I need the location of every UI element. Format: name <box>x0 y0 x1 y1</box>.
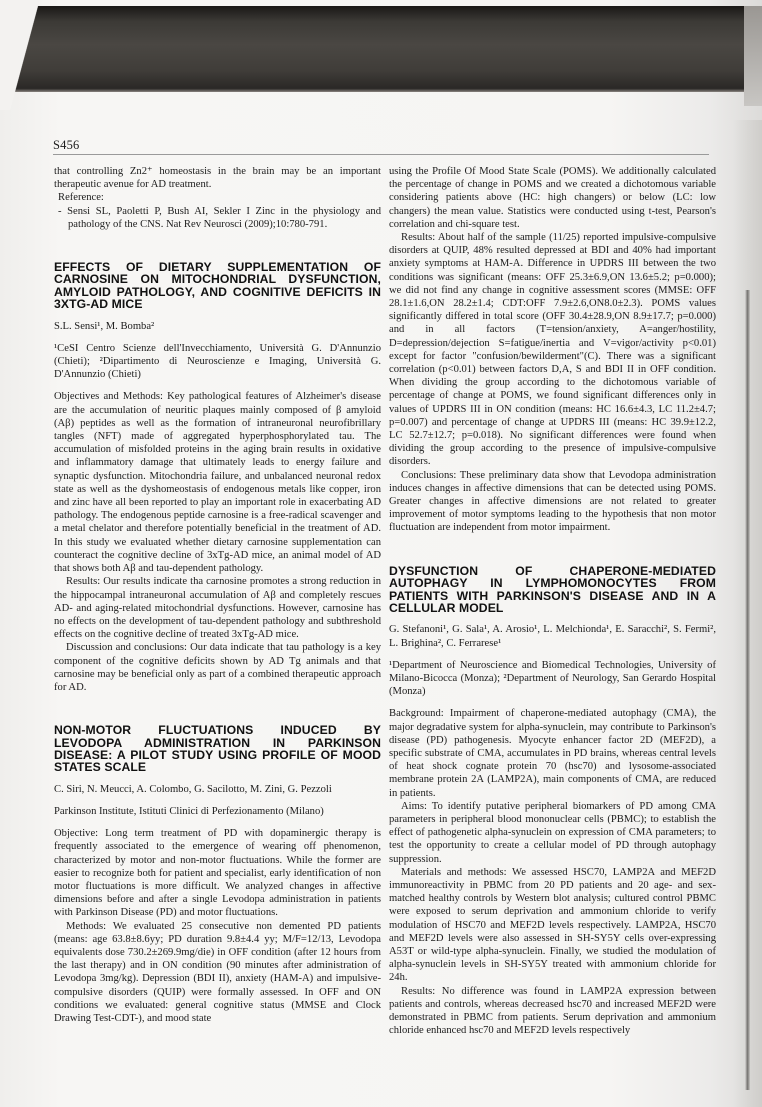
section-gap <box>54 694 381 724</box>
abstract-authors: C. Siri, N. Meucci, A. Colombo, G. Sacil… <box>54 783 381 796</box>
abstract-non-motor-fluctuations-continued: using the Profile Of Mood State Scale (P… <box>389 165 716 535</box>
reference-item: - Sensi SL, Paoletti P, Bush AI, Sekler … <box>54 205 381 231</box>
abstract-methods: Methods: We evaluated 25 consecutive non… <box>54 920 381 1026</box>
abstract-objectives: Objectives and Methods: Key pathological… <box>54 390 381 575</box>
abstract-discussion: Discussion and conclusions: Our data ind… <box>54 641 381 694</box>
abstract-title: NON-MOTOR FLUCTUATIONS INDUCED BY LEVODO… <box>54 724 381 774</box>
header-rule <box>53 154 709 155</box>
abstract-non-motor-fluctuations: NON-MOTOR FLUCTUATIONS INDUCED BY LEVODO… <box>54 724 381 1025</box>
section-gap <box>54 231 381 261</box>
abstract-results: Results: Our results indicate tha carnos… <box>54 575 381 641</box>
abstract-aims: Aims: To identify putative peripheral bi… <box>389 800 716 866</box>
abstract-carnosine: EFFECTS OF DIETARY SUPPLEMENTATION OF CA… <box>54 261 381 694</box>
scanner-shadow-band <box>6 6 744 92</box>
abstract-materials-methods: Materials and methods: We assessed HSC70… <box>389 866 716 985</box>
scanner-edge <box>744 6 762 106</box>
abstract-affiliations: Parkinson Institute, Istituti Clinici di… <box>54 805 381 818</box>
abstract-affiliations: ¹Department of Neuroscience and Biomedic… <box>389 659 716 699</box>
reference-label: Reference: <box>54 191 381 204</box>
binding-shadow-line <box>745 290 750 1090</box>
page-number: S456 <box>53 138 80 153</box>
right-column: using the Profile Of Mood State Scale (P… <box>389 165 716 1037</box>
abstract-conclusions: Conclusions: These preliminary data show… <box>389 469 716 535</box>
abstract-objective: Objective: Long term treatment of PD wit… <box>54 827 381 919</box>
abstract-methods-continued: using the Profile Of Mood State Scale (P… <box>389 165 716 231</box>
abstract-chaperone-autophagy: DYSFUNCTION OF CHAPERONE-MEDIATED AUTOPH… <box>389 565 716 1038</box>
abstract-authors: S.L. Sensi¹, M. Bomba² <box>54 320 381 333</box>
abstract-authors: G. Stefanoni¹, G. Sala¹, A. Arosio¹, L. … <box>389 623 716 649</box>
page-corner-fold <box>0 0 42 110</box>
abstract-results: Results: About half of the sample (11/25… <box>389 231 716 469</box>
left-column: that controlling Zn2⁺ homeostasis in the… <box>54 165 381 1025</box>
abstract-affiliations: ¹CeSI Centro Scienze dell'Invecchiamento… <box>54 342 381 382</box>
abstract-title: EFFECTS OF DIETARY SUPPLEMENTATION OF CA… <box>54 261 381 311</box>
abstract-results: Results: No difference was found in LAMP… <box>389 985 716 1038</box>
continuation-text: that controlling Zn2⁺ homeostasis in the… <box>54 165 381 191</box>
abstract-background: Background: Impairment of chaperone-medi… <box>389 707 716 799</box>
abstract-title: DYSFUNCTION OF CHAPERONE-MEDIATED AUTOPH… <box>389 565 716 615</box>
section-gap <box>389 535 716 565</box>
